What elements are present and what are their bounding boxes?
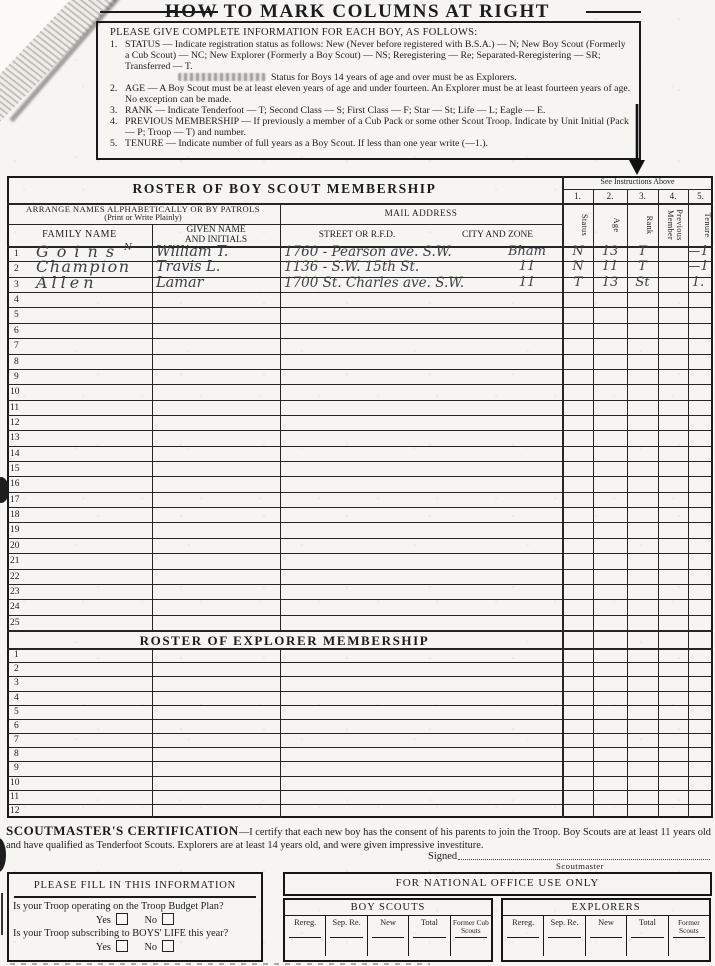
explorer-row-number: 3: [14, 678, 19, 688]
instruction-number: 3.: [110, 105, 125, 116]
mail-address-label: MAIL ADDRESS: [280, 208, 562, 218]
grid-hline: [7, 615, 713, 616]
grid-hline: [7, 415, 713, 416]
boy-scouts-column-header: Rereg.: [285, 919, 325, 927]
roster-row-number: 12: [10, 418, 20, 428]
grid-hline: [7, 354, 713, 355]
yes-checkbox: [116, 913, 128, 925]
grid-hline: [7, 648, 713, 650]
grid-vline: [280, 203, 281, 630]
roster-row-number: 14: [10, 449, 20, 459]
certification-heading: SCOUTMASTER'S CERTIFICATION: [6, 823, 239, 838]
instructions-intro: PLEASE GIVE COMPLETE INFORMATION FOR EAC…: [110, 27, 631, 38]
handwritten-street: 1700 St. Charles ave. S.W.: [284, 274, 464, 292]
grid-hline: [7, 292, 713, 293]
yes-label-2: Yes: [96, 942, 111, 953]
grid-hline: [7, 719, 713, 720]
signed-label: Signed: [428, 851, 457, 862]
boy-scouts-column: Total: [408, 916, 449, 956]
grid-hline: [7, 476, 713, 477]
explorer-row-number: 8: [14, 749, 19, 759]
instruction-item: 2.AGE — A Boy Scout must be at least ele…: [110, 83, 631, 105]
instructions-list: 1.STATUS — Indicate registration status …: [110, 39, 631, 149]
handwritten-family: Allen: [36, 274, 98, 292]
roster-row-number: 25: [10, 618, 20, 628]
no-checkbox: [162, 913, 174, 925]
column-number: 5.: [688, 191, 713, 201]
boy-scouts-column-header: New: [368, 919, 408, 927]
explorers-column-rule: [631, 937, 663, 938]
roster-row-number: 7: [14, 341, 19, 351]
roster-row-number: 11: [10, 403, 19, 413]
boy-scouts-columns: Rereg.Sep. Re.NewTotalFormer Cub Scouts: [285, 916, 491, 956]
vertical-column-label: Age: [599, 203, 621, 247]
roster-row-number: 9: [14, 372, 19, 382]
grid-hline: [7, 307, 713, 308]
explorers-column: Rereg.: [503, 916, 543, 956]
explorer-row-number: 11: [10, 792, 19, 802]
boy-scouts-column: New: [367, 916, 408, 956]
boy-scouts-column-header: Sep. Re.: [326, 919, 366, 927]
explorers-title: EXPLORERS: [503, 902, 709, 913]
grid-hline: [7, 676, 713, 677]
grid-hline: [7, 804, 713, 805]
boy-scouts-column: Rereg.: [285, 916, 325, 956]
roster-title: ROSTER OF BOY SCOUT MEMBERSHIP: [7, 181, 562, 197]
grid-hline: [7, 446, 713, 447]
roster-row-number: 1: [14, 249, 19, 259]
grid-hline: [7, 569, 713, 570]
grid-hline: [7, 776, 713, 777]
grid-hline: [7, 691, 713, 692]
handwritten-age: 13: [594, 274, 626, 292]
handwritten-rank: St: [628, 274, 657, 292]
instructions-box: PLEASE GIVE COMPLETE INFORMATION FOR EAC…: [96, 21, 641, 160]
grid-hline: [7, 338, 713, 339]
roster-row-number: 19: [10, 525, 20, 535]
see-instructions-label: See Instructions Above: [562, 177, 713, 186]
boy-scouts-column-header: Former Cub Scouts: [451, 919, 491, 935]
column-number: 2.: [593, 191, 627, 201]
arrange-names-sub: (Print or Write Plainly): [10, 213, 276, 222]
column-number: 3.: [627, 191, 658, 201]
boy-scouts-column: Former Cub Scouts: [450, 916, 491, 956]
explorers-column-header: Rereg.: [503, 919, 543, 927]
down-arrow-icon: [628, 104, 646, 176]
instruction-number: 5.: [110, 138, 125, 149]
certification-text: SCOUTMASTER'S CERTIFICATION—I certify th…: [6, 824, 711, 852]
column-number: 4.: [658, 191, 688, 201]
instruction-number: 1.: [110, 39, 125, 72]
explorer-row-number: 2: [14, 664, 19, 674]
vertical-column-label: Status: [567, 203, 589, 247]
roster-row-number: 16: [10, 479, 20, 489]
roster-row-number: 4: [14, 295, 19, 305]
handwritten-city: 11: [498, 274, 556, 292]
handwritten-given: Lamar: [156, 274, 204, 292]
illegible-smudge: [178, 73, 266, 81]
roster-row-number: 15: [10, 464, 20, 474]
grid-hline: [7, 369, 713, 370]
boy-scouts-box: BOY SCOUTS Rereg.Sep. Re.NewTotalFormer …: [283, 898, 493, 962]
explorers-column-header: New: [586, 919, 626, 927]
boy-scouts-column-rule: [372, 937, 404, 938]
explorers-column-rule: [673, 937, 705, 938]
roster-row-number: 6: [14, 326, 19, 336]
roster-row-number: 20: [10, 541, 20, 551]
roster-row-number: 18: [10, 510, 20, 520]
signature-line: [458, 859, 710, 860]
instruction-text: AGE — A Boy Scout must be at least eleve…: [125, 83, 631, 105]
national-office-box: FOR NATIONAL OFFICE USE ONLY: [283, 872, 712, 896]
instruction-note: Status for Boys 14 years of age and over…: [110, 72, 631, 83]
grid-hline: [7, 747, 713, 748]
explorers-column-rule: [590, 937, 622, 938]
scan-artifact-mark: [1, 893, 3, 935]
fill-info-box: PLEASE FILL IN THIS INFORMATION Is your …: [7, 872, 263, 962]
grid-hline: [7, 599, 713, 600]
roster-row-number: 24: [10, 602, 20, 612]
national-office-title: FOR NATIONAL OFFICE USE ONLY: [285, 877, 710, 889]
grid-hline: [7, 733, 713, 734]
grid-hline: [7, 538, 713, 539]
explorer-row-number: 10: [10, 778, 20, 788]
grid-hline: [7, 630, 713, 632]
explorers-column-rule: [548, 937, 580, 938]
scan-artifact-bottom: [10, 963, 430, 965]
boy-scouts-column-header: Total: [409, 919, 449, 927]
grid-hline: [7, 492, 713, 493]
grid-hline: [7, 705, 713, 706]
scoutmaster-label: Scoutmaster: [500, 861, 660, 871]
given-name-header: GIVEN NAME AND INITIALS: [152, 225, 280, 245]
instruction-item: 4.PREVIOUS MEMBERSHIP — If previously a …: [110, 116, 631, 138]
explorers-column-rule: [507, 937, 539, 938]
boy-scouts-column-rule: [330, 937, 362, 938]
grid-hline: [7, 384, 713, 385]
grid-hline: [7, 323, 713, 324]
roster-row-number: 23: [10, 587, 20, 597]
street-header: STREET OR R.F.D.: [287, 230, 427, 240]
budget-plan-answers: Yes No: [9, 913, 261, 926]
explorer-row-number: 6: [14, 721, 19, 731]
instruction-item: 5.TENURE — Indicate number of full years…: [110, 138, 631, 149]
instruction-item: 1.STATUS — Indicate registration status …: [110, 39, 631, 72]
explorers-column-header: Former Scouts: [669, 919, 709, 935]
roster-row-number: 3: [14, 280, 19, 290]
instruction-text: STATUS — Indicate registration status as…: [125, 39, 631, 72]
grid-hline: [7, 761, 713, 762]
vertical-column-label: Previous Member: [662, 203, 684, 247]
instruction-text: RANK — Indicate Tenderfoot — T; Second C…: [125, 105, 631, 116]
roster-row-number: 21: [10, 556, 20, 566]
question-budget-plan: Is your Troop operating on the Troop Bud…: [13, 901, 257, 912]
roster-row-number: 5: [14, 310, 19, 320]
grid-vline: [658, 189, 659, 818]
city-zone-header: CITY AND ZONE: [435, 230, 560, 240]
question-boys-life: Is your Troop subscribing to BOYS' LIFE …: [13, 928, 257, 939]
boy-scouts-column-rule: [289, 937, 321, 938]
grid-hline: [7, 400, 713, 401]
grid-hline: [562, 189, 713, 190]
vertical-column-label: Tenure: [690, 203, 712, 247]
boy-scouts-column: Sep. Re.: [325, 916, 366, 956]
explorers-column-header: Total: [627, 919, 667, 927]
grid-hline: [7, 584, 713, 585]
explorer-row-number: 1: [14, 650, 19, 660]
explorer-row-number: 9: [14, 763, 19, 773]
title-rule-left: [100, 11, 218, 13]
explorers-column: New: [585, 916, 626, 956]
boys-life-answers: Yes No: [9, 940, 261, 953]
no-checkbox-2: [162, 940, 174, 952]
roster-row-number: 22: [10, 572, 20, 582]
fill-info-divider: [14, 896, 256, 898]
grid-hline: [7, 507, 713, 508]
explorer-row-number: 5: [14, 707, 19, 717]
explorers-columns: Rereg.Sep. Re.NewTotalFormer Scouts: [503, 916, 709, 956]
scanned-form-page: HOW TO MARK COLUMNS AT RIGHT PLEASE GIVE…: [0, 0, 715, 966]
boy-scouts-column-rule: [413, 937, 445, 938]
explorer-roster-title: ROSTER OF EXPLORER MEMBERSHIP: [7, 633, 562, 649]
boy-scouts-column-rule: [455, 937, 487, 938]
instruction-text: PREVIOUS MEMBERSHIP — If previously a me…: [125, 116, 631, 138]
explorer-row-number: 7: [14, 735, 19, 745]
roster-row-number: 17: [10, 495, 20, 505]
explorers-column: Former Scouts: [668, 916, 709, 956]
grid-hline: [7, 224, 562, 225]
title-rule-right: [586, 11, 641, 13]
handwritten-tenure: 1.: [684, 274, 712, 292]
instruction-number: 4.: [110, 116, 125, 138]
roster-row-number: 10: [10, 387, 20, 397]
explorers-column: Sep. Re.: [543, 916, 584, 956]
grid-hline: [7, 553, 713, 554]
explorers-box: EXPLORERS Rereg.Sep. Re.NewTotalFormer S…: [501, 898, 711, 962]
explorers-column: Total: [626, 916, 667, 956]
roster-row-number: 13: [10, 433, 20, 443]
instruction-number: 2.: [110, 83, 125, 105]
grid-hline: [7, 522, 713, 523]
explorers-column-header: Sep. Re.: [544, 919, 584, 927]
column-number: 1.: [562, 191, 593, 201]
no-label: No: [144, 915, 157, 926]
roster-row-number: 2: [14, 264, 19, 274]
explorer-row-number: 12: [10, 806, 20, 816]
handwritten-status: T: [564, 274, 592, 292]
grid-hline: [7, 662, 713, 663]
fill-info-title: PLEASE FILL IN THIS INFORMATION: [9, 880, 261, 891]
grid-hline: [7, 461, 713, 462]
instruction-text: TENURE — Indicate number of full years a…: [125, 138, 631, 149]
yes-label: Yes: [96, 915, 111, 926]
vertical-column-label: Rank: [632, 203, 654, 247]
explorer-row-number: 4: [14, 693, 19, 703]
handwritten-family_mark: N-: [124, 239, 135, 257]
roster-row-number: 8: [14, 357, 19, 367]
grid-hline: [7, 430, 713, 431]
grid-hline: [7, 790, 713, 791]
boy-scouts-title: BOY SCOUTS: [285, 902, 491, 913]
instruction-note-text: Status for Boys 14 years of age and over…: [271, 72, 517, 83]
no-label-2: No: [144, 942, 157, 953]
yes-checkbox-2: [116, 940, 128, 952]
instruction-item: 3.RANK — Indicate Tenderfoot — T; Second…: [110, 105, 631, 116]
